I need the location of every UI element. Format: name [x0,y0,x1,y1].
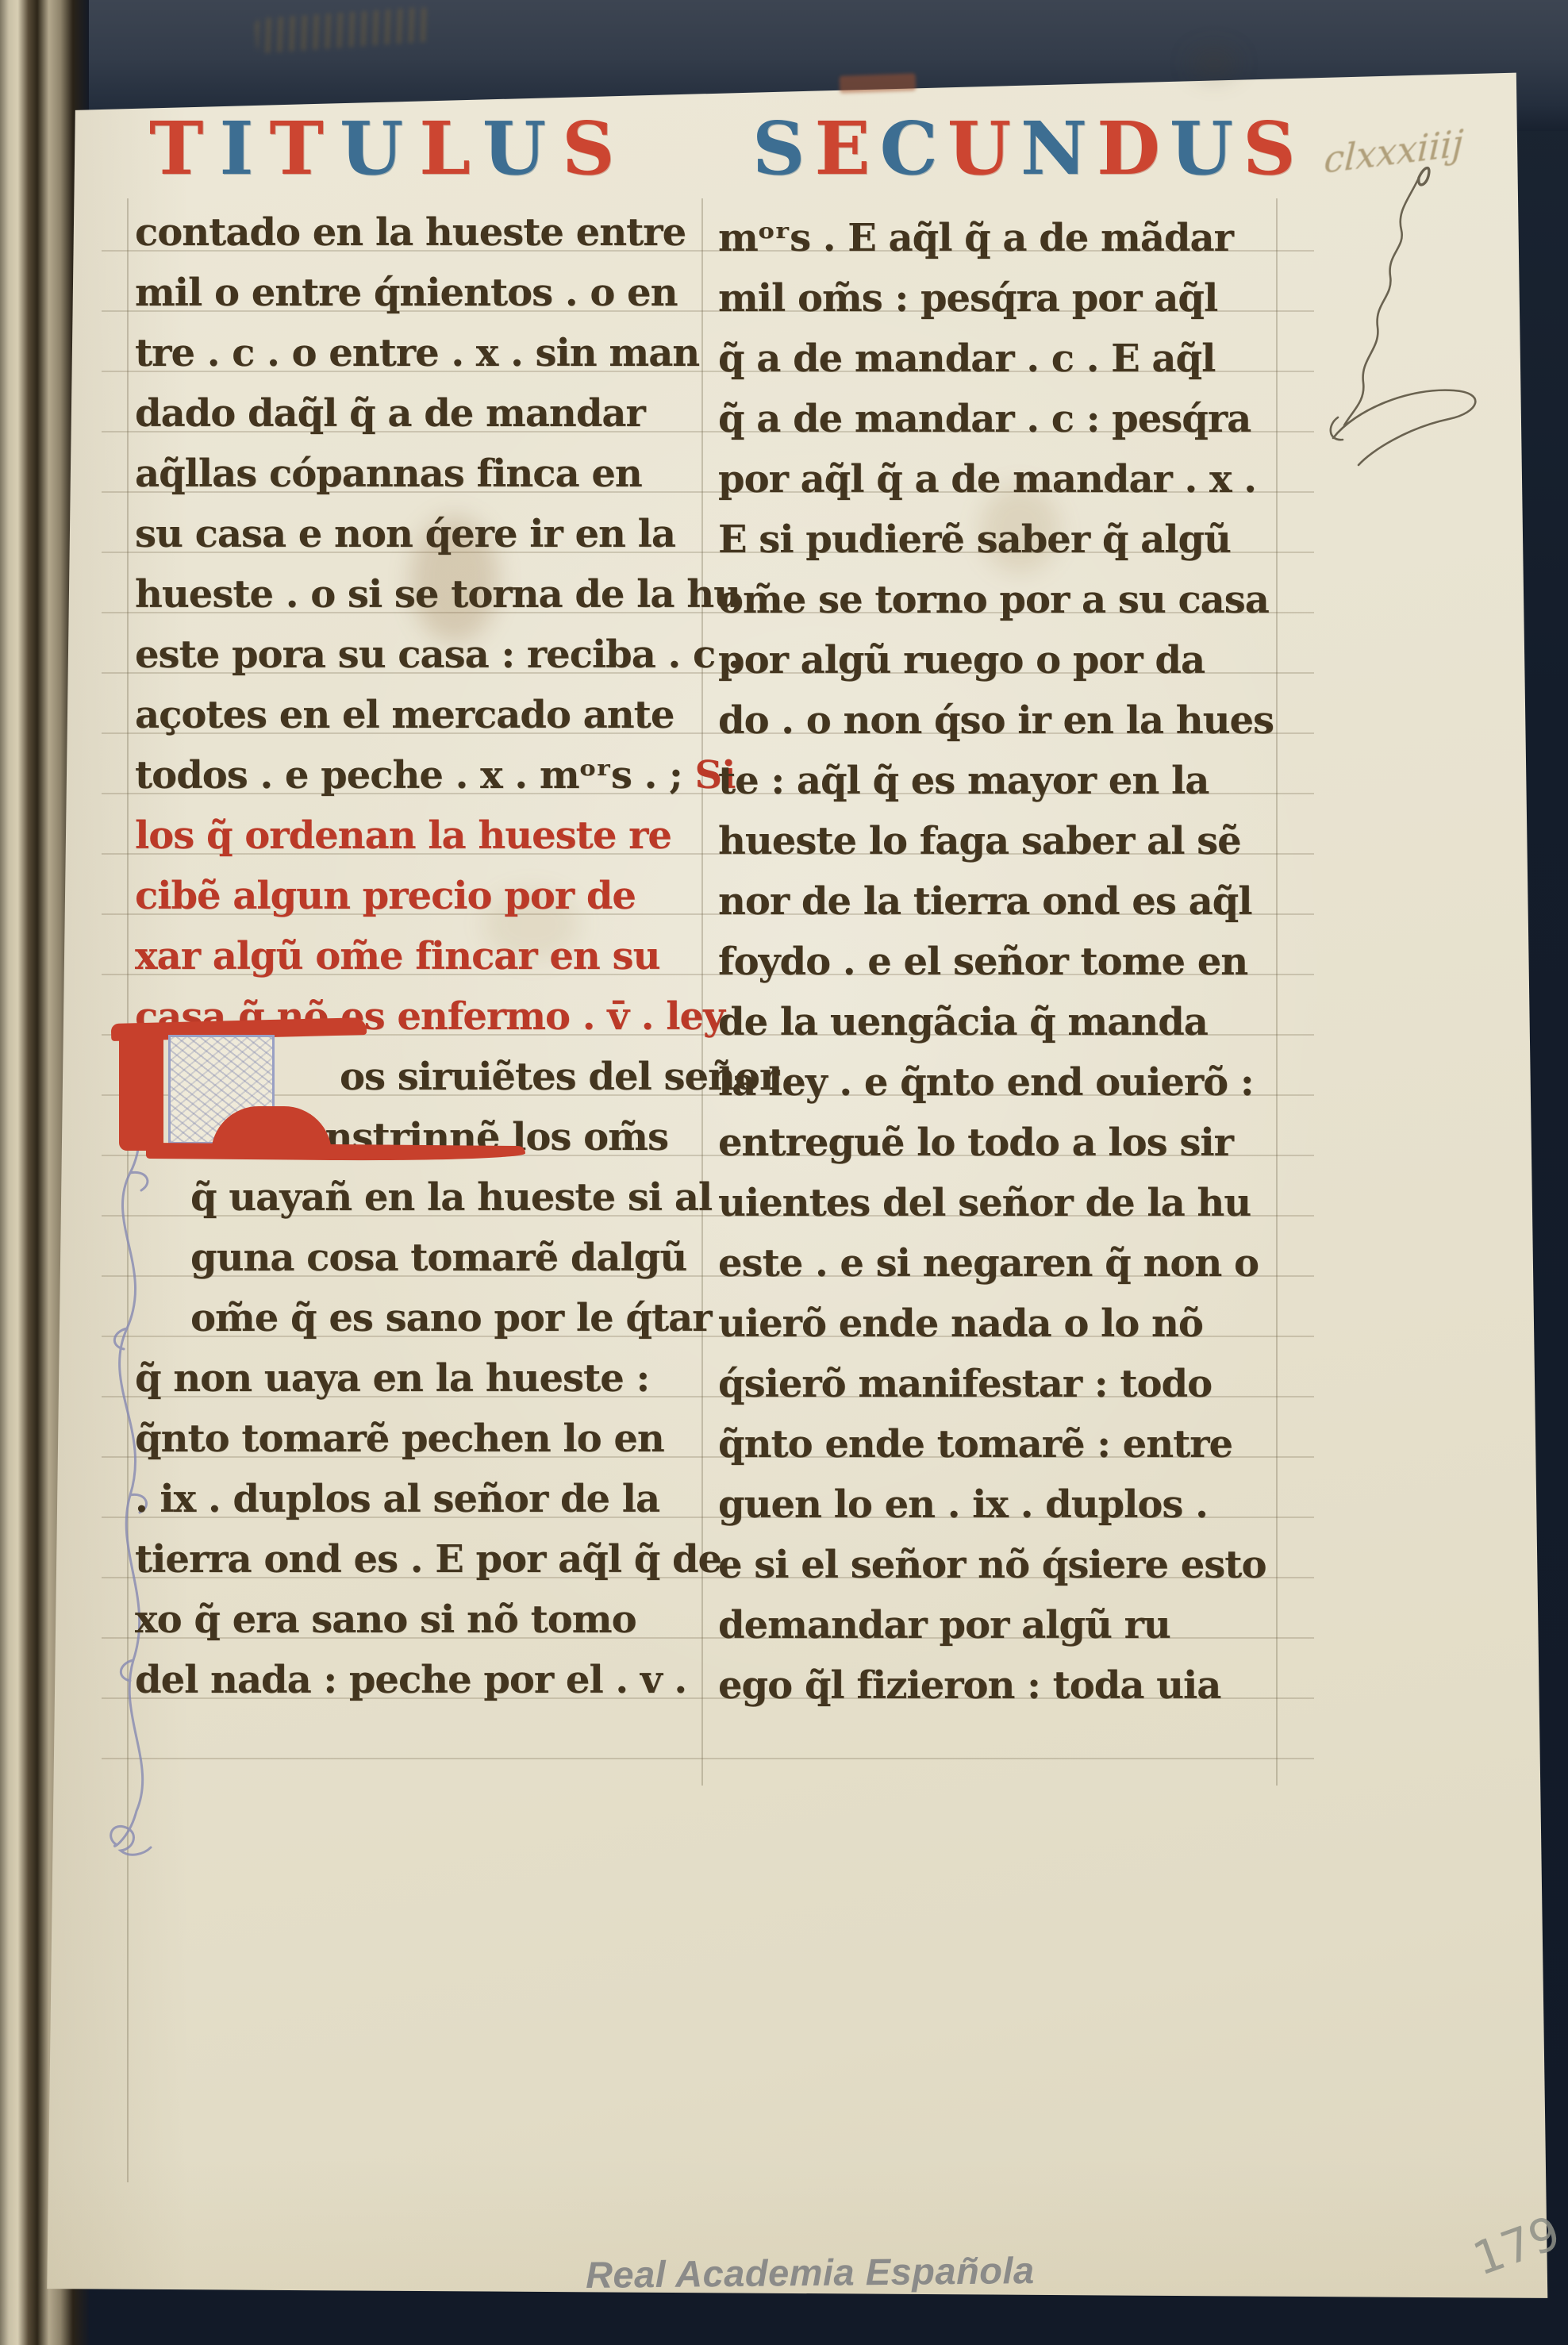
text-line: la ley . e q̃nto end ouierõ : [718,1052,1274,1113]
body-text: de la uengãcia q̃ manda [718,1000,1208,1044]
text-line: q̃nto tomarẽ pechen lo en [135,1409,778,1469]
text-line: . ix . duplos al señor de la [135,1469,778,1529]
text-line: uierõ ende nada o lo nõ [718,1294,1274,1354]
body-text: guna cosa tomarẽ dalgũ [190,1236,686,1280]
body-text: te : aq̃l q̃ es mayor en la [718,759,1209,803]
rubric-text: cibẽ algun precio por de [135,874,636,918]
text-line: e si el señor nõ q́siere esto [718,1535,1274,1595]
text-line: ego q̃l fizieron : toda uia [718,1655,1274,1716]
body-text: mil o entre q́nientos . o en [135,271,677,315]
text-line: por algũ ruego o por da [718,630,1274,690]
text-line: mil o entre q́nientos . o en [135,263,778,323]
header-letter: U [1170,106,1243,191]
body-text: guen lo en . ix . duplos . [718,1482,1208,1527]
body-text: q̃nto tomarẽ pechen lo en [135,1417,664,1461]
text-line: hueste . o si se torna de la hu [135,564,778,625]
text-line: guna cosa tomarẽ dalgũ [135,1228,778,1288]
body-text: uierõ ende nada o lo nõ [718,1301,1203,1346]
body-text: este pora su casa : reciba . c . [135,632,740,677]
text-line: demandar por algũ ru [718,1595,1274,1655]
body-text: do . o non q́so ir en la hues [718,698,1274,743]
body-text: uientes del señor de la hu [718,1181,1251,1225]
text-line: los q̃ ordenan la hueste re [135,805,778,866]
body-text: nor de la tierra ond es aq̃l [718,879,1251,924]
text-line: hueste lo faga saber al sẽ [718,811,1274,871]
body-text: ego q̃l fizieron : toda uia [718,1663,1220,1708]
body-text: xo q̃ era sano si nõ tomo [135,1597,636,1642]
text-line: q̃ a de mandar . c . E aq̃l [718,329,1274,389]
body-text: q̃ uayañ en la hueste si al [190,1175,712,1220]
header-letter: S [562,106,630,191]
text-line: q̃ a de mandar . c : pesq́ra [718,389,1274,449]
header-letter: D [1097,106,1170,191]
body-text: om̃e se torno por a su casa [718,578,1269,622]
text-line: aq̃llas cópannas finca en [135,444,778,504]
body-text: este . e si negaren q̃ non o [718,1241,1259,1286]
body-text: om̃e q̃ es sano por le q́tar [190,1296,712,1340]
header-letter: T [270,106,340,191]
body-text: hueste . o si se torna de la hu [135,572,740,617]
header-letter: E [814,106,879,191]
text-line: contado en la hueste entre [135,202,778,263]
body-text: dado daq̃l q̃ a de mandar [135,391,645,436]
text-line: su casa e non q́ere ir en la [135,504,778,564]
vertical-rule-right-margin [1276,198,1278,1786]
text-line: este pora su casa : reciba . c . [135,625,778,685]
body-text: mᵒʳs . E aq̃l q̃ a de mãdar [718,216,1233,260]
text-line: nor de la tierra ond es aq̃l [718,871,1274,932]
text-line: q̃nto ende tomarẽ : entre [718,1414,1274,1474]
text-line: foydo . e el señor tome en [718,932,1274,992]
text-line: om̃e q̃ es sano por le q́tar [135,1288,778,1348]
manuscript-scan: { "header": { "left_letters": [["T","red… [0,0,1568,2345]
body-text: foydo . e el señor tome en [718,940,1247,984]
body-text: q̃ a de mandar . c : pesq́ra [718,397,1251,441]
text-line: entreguẽ lo todo a los sir [718,1113,1274,1173]
text-line: guen lo en . ix . duplos . [718,1474,1274,1535]
header-letter: S [752,106,814,191]
body-text: entreguẽ lo todo a los sir [718,1121,1233,1165]
body-text: q́sierõ manifestar : todo [718,1362,1212,1406]
text-line: mᵒʳs . E aq̃l q̃ a de mãdar [718,208,1274,268]
header-letter: U [482,106,562,191]
body-text: aq̃llas cópannas finca en [135,452,642,496]
text-line: por aq̃l q̃ a de mandar . x . [718,449,1274,509]
body-text: por algũ ruego o por da [718,638,1205,682]
body-text: mil om̃s : pesq́ra por aq̃l [718,276,1217,321]
text-line: todos . e peche . x . mᵒʳs . ; Si [135,745,778,805]
header-letter: T [149,106,219,191]
text-line: do . o non q́so ir en la hues [718,690,1274,751]
body-text: contado en la hueste entre [135,210,686,255]
text-line: q̃ non uaya en la hueste : [135,1348,778,1409]
text-line: xo q̃ era sano si nõ tomo [135,1590,778,1650]
text-line: de la uengãcia q̃ manda [718,992,1274,1052]
rubric-text: xar algũ om̃e fincar en su [135,934,659,978]
title-word-titulus: TITULUS [149,105,631,200]
rubric-text: los q̃ ordenan la hueste re [135,813,671,858]
body-text: tierra ond es . E por aq̃l q̃ de [135,1537,721,1582]
text-line: xar algũ om̃e fincar en su [135,926,778,986]
header-letter: I [219,106,269,191]
body-text: hueste lo faga saber al sẽ [718,819,1241,863]
body-text: q̃nto ende tomarẽ : entre [718,1422,1232,1467]
body-text: q̃ non uaya en la hueste : [135,1356,649,1401]
header-letter: U [340,106,419,191]
body-text: su casa e non q́ere ir en la [135,512,675,556]
text-line: te : aq̃l q̃ es mayor en la [718,751,1274,811]
text-line: del nada : peche por el . v . [135,1650,778,1710]
text-line: q́sierõ manifestar : todo [718,1354,1274,1414]
body-text: por aq̃l q̃ a de mandar . x . [718,457,1256,502]
text-line: E si pudierẽ saber q̃ algũ [718,509,1274,570]
text-line: tierra ond es . E por aq̃l q̃ de [135,1529,778,1590]
watermark-text: Real Academia Española [586,2248,1035,2297]
initial-letter-l [117,1021,530,1173]
text-line: este . e si negaren q̃ non o [718,1233,1274,1294]
text-line: om̃e se torno por a su casa [718,570,1274,630]
body-text: açotes en el mercado ante [135,693,674,737]
title-word-secundus: SECUNDUS [752,105,1305,200]
text-line: dado daq̃l q̃ a de mandar [135,383,778,444]
text-line: açotes en el mercado ante [135,685,778,745]
body-text: del nada : peche por el . v . [135,1658,686,1702]
text-column-right: mᵒʳs . E aq̃l q̃ a de mãdarmil om̃s : pe… [718,208,1274,1716]
text-line: cibẽ algun precio por de [135,866,778,926]
body-text: la ley . e q̃nto end ouierõ : [718,1060,1254,1105]
initial-foot [146,1143,525,1162]
page-edge-tint [840,73,917,93]
text-line: mil om̃s : pesq́ra por aq̃l [718,268,1274,329]
header-letter: U [947,106,1020,191]
text-line: uientes del señor de la hu [718,1173,1274,1233]
text-column-left: contado en la hueste entremil o entre q́… [135,202,778,1710]
body-text: q̃ a de mandar . c . E aq̃l [718,336,1215,381]
header-letter: L [419,106,482,191]
body-text: E si pudierẽ saber q̃ algũ [718,517,1231,562]
header-letter: C [880,106,947,191]
initial-stem [119,1030,163,1151]
text-line: tre . c . o entre . x . sin man [135,323,778,383]
header-letter: N [1020,106,1097,191]
body-text: todos . e peche . x . mᵒʳs . ; [135,753,694,798]
body-text: e si el señor nõ q́siere esto [718,1543,1266,1587]
body-text: . ix . duplos al señor de la [135,1477,659,1521]
text-line: q̃ uayañ en la hueste si al [135,1167,778,1228]
body-text: tre . c . o entre . x . sin man [135,331,699,375]
body-text: demandar por algũ ru [718,1603,1170,1647]
